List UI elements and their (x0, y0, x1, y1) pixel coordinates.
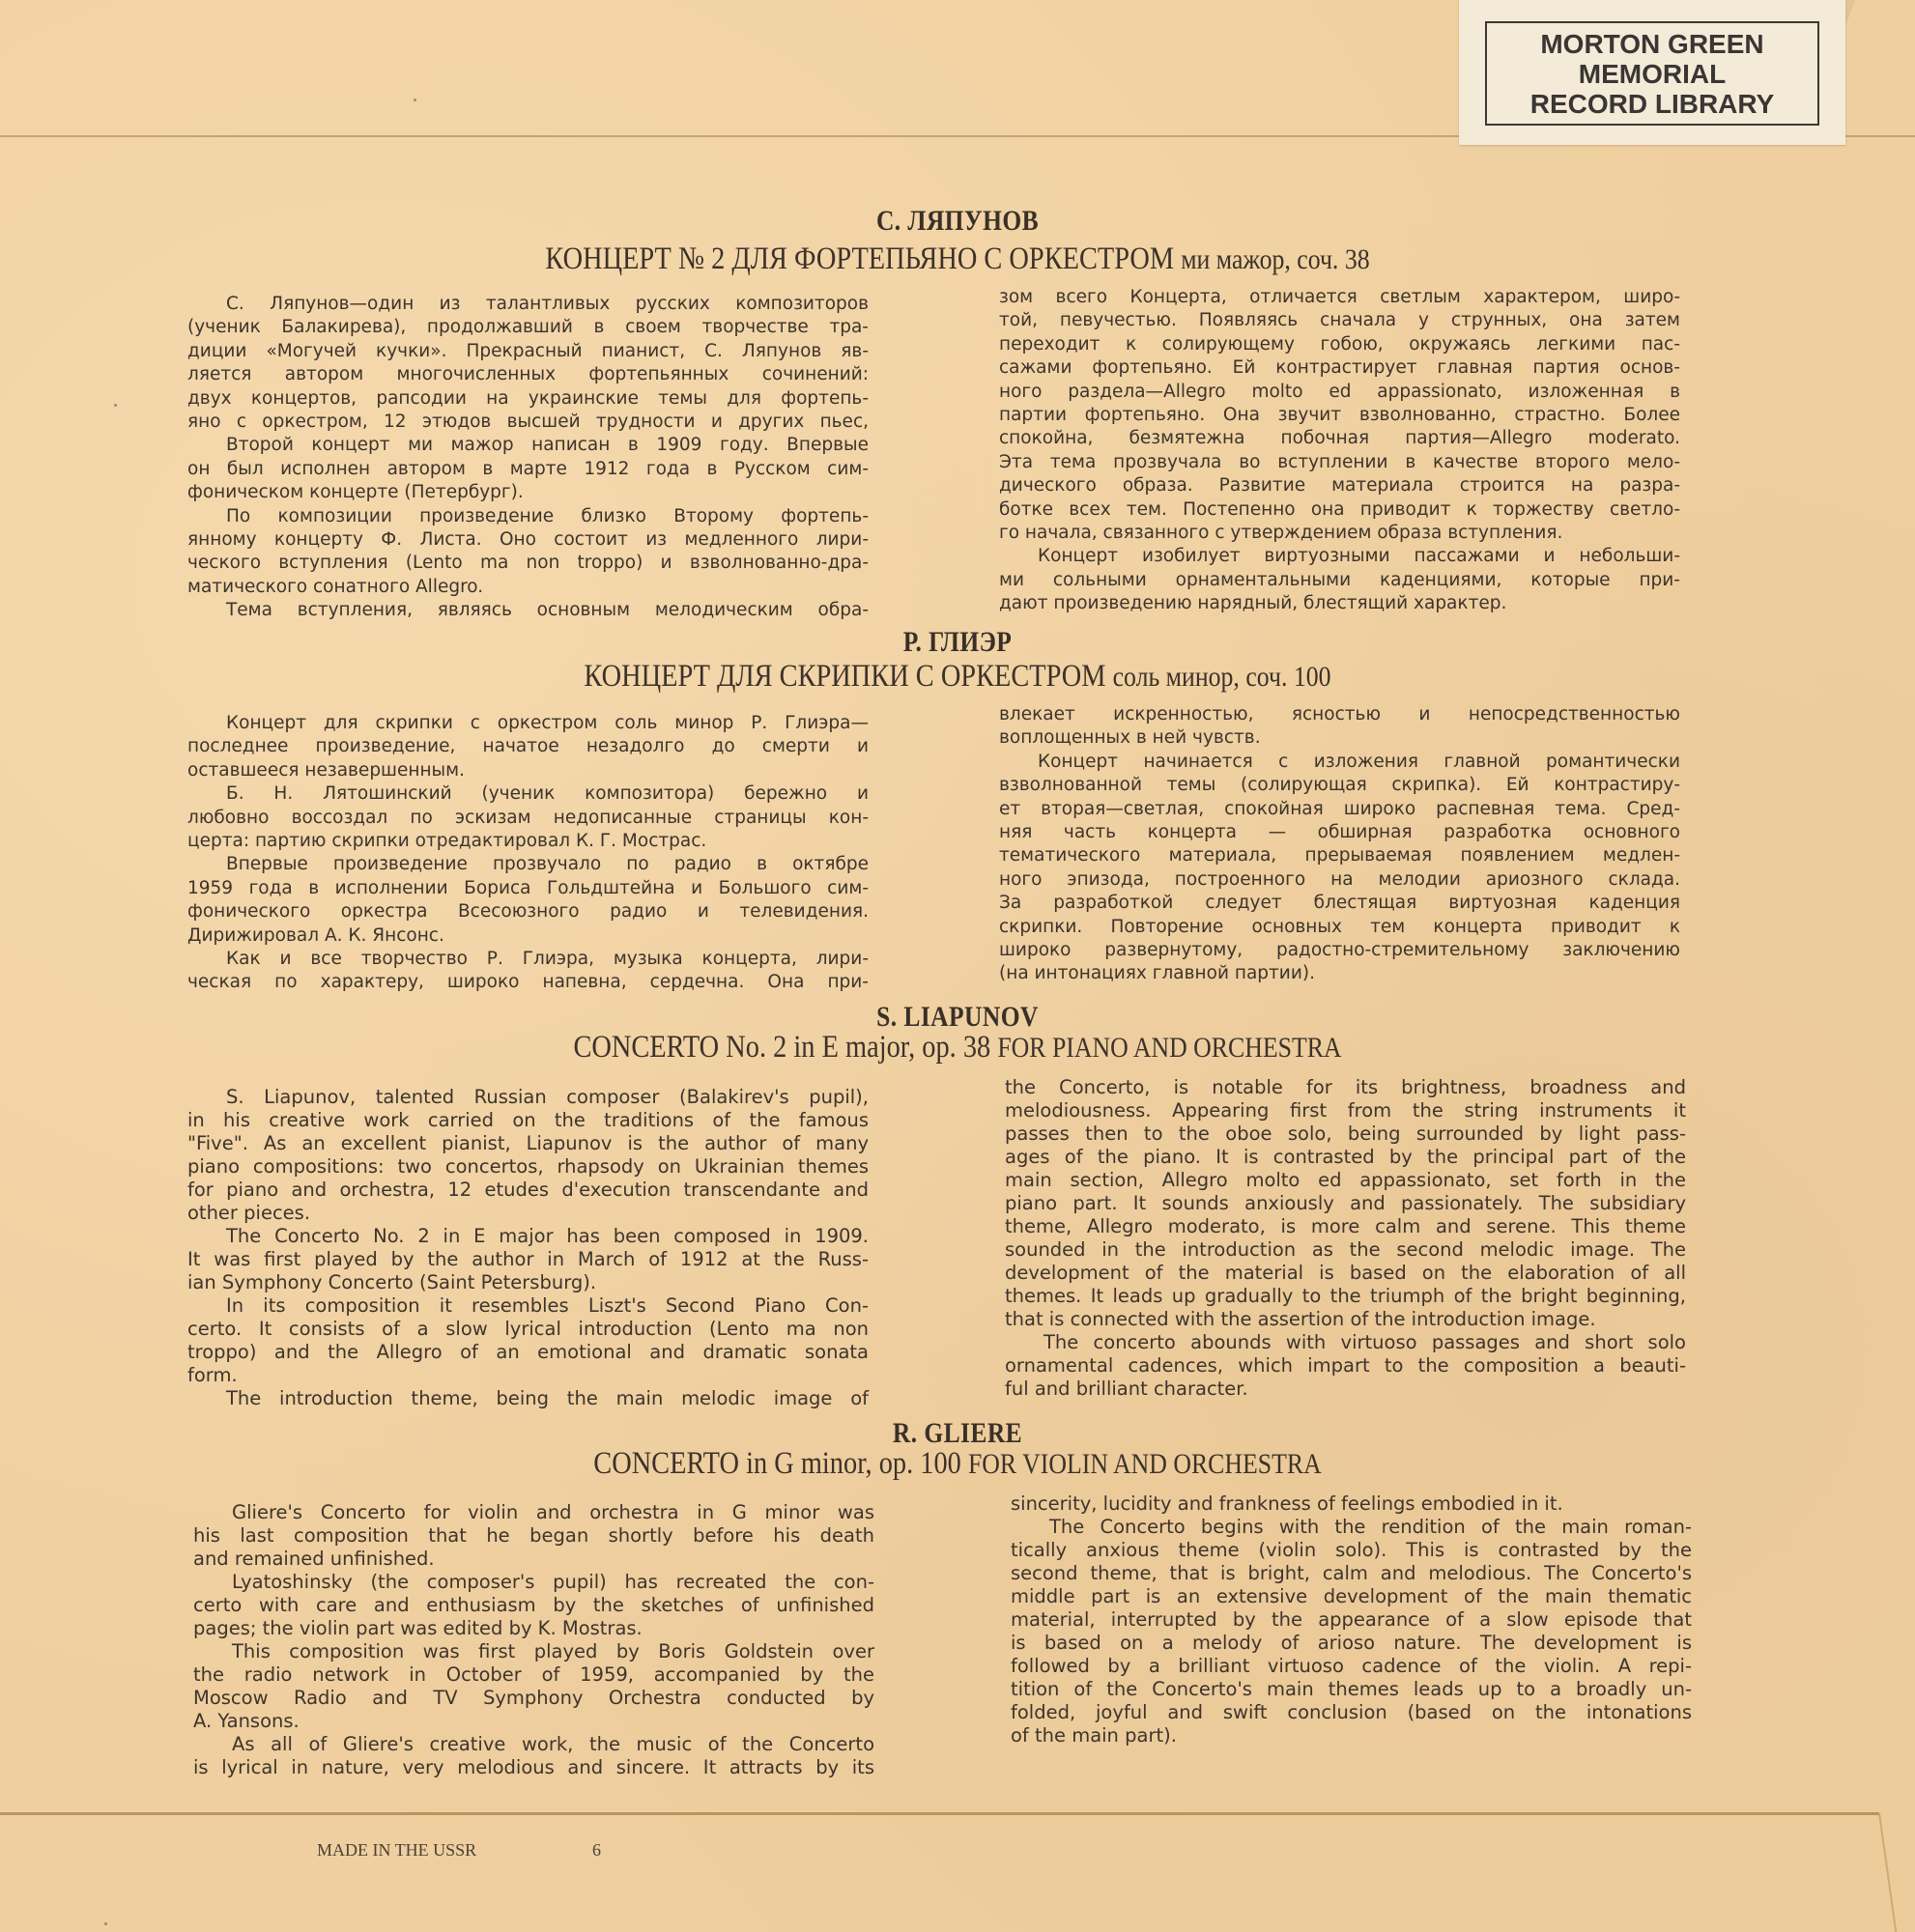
text-column-right: зом всего Концерта, отличается светлым х… (999, 286, 1680, 615)
text-line: "Five". As an excellent pianist, Liapuno… (187, 1132, 869, 1155)
text-line: sounded in the introduction as the secon… (1005, 1238, 1686, 1262)
text-line: Второй концерт ми мажор написан в 1909 г… (187, 434, 869, 457)
text-line: material, interrupted by the appearance … (1011, 1608, 1692, 1632)
text-line: that is connected with the assertion of … (1005, 1308, 1686, 1331)
text-line: последнее произведение, начатое незадолг… (187, 735, 869, 758)
text-line: ages of the piano. It is contrasted by t… (1005, 1146, 1686, 1169)
text-line: С. Ляпунов—один из талантливых русских к… (187, 293, 869, 316)
text-line: оставшееся незавершенным. (187, 759, 869, 782)
text-line: folded, joyful and swift conclusion (bas… (1011, 1701, 1692, 1724)
work-title-main: КОНЦЕРТ ДЛЯ СКРИПКИ С ОРКЕСТРОМ (584, 659, 1105, 694)
work-title-sub: ми мажор, соч. 38 (1181, 243, 1369, 275)
text-line: Эта тема прозвучала во вступлении в каче… (999, 451, 1680, 474)
text-line: certo. It consists of a slow lyrical int… (187, 1318, 869, 1341)
composer-heading: S. LIAPUNOV (144, 1001, 1772, 1034)
text-line: ного эпизода, построенного на мелодии ар… (999, 868, 1680, 892)
text-line: янному концерту Ф. Листа. Оно состоит из… (187, 528, 869, 552)
text-line: 1959 года в исполнении Бориса Гольдштейн… (187, 877, 869, 900)
library-stamp-line: RECORD LIBRARY (1530, 89, 1775, 119)
text-line: development of the material is based on … (1005, 1262, 1686, 1285)
text-line: form. (187, 1364, 869, 1387)
text-column-left: С. Ляпунов—один из талантливых русских к… (187, 293, 869, 622)
text-line: Концерт изобилует виртуозными пассажами … (999, 545, 1680, 568)
text-column-left: Gliere's Concerto for violin and orchest… (193, 1501, 874, 1779)
paper-speck (414, 99, 416, 101)
text-line: переходит к солирующему гобою, окружаясь… (999, 333, 1680, 356)
text-line: ляется автором многочисленных фортепьянн… (187, 363, 869, 386)
text-line: piano part. It sounds anxiously and pass… (1005, 1192, 1686, 1215)
text-line: фоническом концерте (Петербург). (187, 481, 869, 504)
text-column-right: sincerity, lucidity and frankness of fee… (1011, 1492, 1692, 1747)
text-line: tition of the Concerto's main themes lea… (1011, 1678, 1692, 1701)
text-line: ческого вступления (Lento ma non troppo)… (187, 552, 869, 575)
text-line: pages; the violin part was edited by K. … (193, 1617, 874, 1640)
work-title-sub: FOR PIANO AND ORCHESTRA (997, 1032, 1341, 1064)
text-line: фонического оркестра Всесоюзного радио и… (187, 900, 869, 923)
text-line: This composition was first played by Bor… (193, 1640, 874, 1663)
text-line: ботке всех тем. Постепенно она приводит … (999, 498, 1680, 522)
text-line: диции «Могучей кучки». Прекрасный пианис… (187, 340, 869, 363)
work-title-sub: FOR VIOLIN AND ORCHESTRA (968, 1448, 1322, 1480)
text-line: го начала, связанного с утверждением обр… (999, 522, 1680, 545)
composer-heading: Р. ГЛИЭР (144, 626, 1772, 659)
text-line: tically anxious theme (violin solo). Thi… (1011, 1539, 1692, 1562)
text-line: It was first played by the author in Mar… (187, 1248, 869, 1271)
text-line: the radio network in October of 1959, ac… (193, 1663, 874, 1687)
text-line: Как и все творчество Р. Глиэра, музыка к… (187, 948, 869, 971)
work-title-sub: соль минор, соч. 100 (1113, 661, 1331, 693)
text-line: S. Liapunov, talented Russian composer (… (187, 1086, 869, 1109)
library-stamp-frame: MORTON GREEN MEMORIAL RECORD LIBRARY (1485, 21, 1819, 126)
text-line: melodiousness. Appearing first from the … (1005, 1099, 1686, 1122)
text-line: of the main part). (1011, 1724, 1692, 1747)
text-line: his last composition that he began short… (193, 1524, 874, 1548)
text-line: As all of Gliere's creative work, the mu… (193, 1733, 874, 1756)
text-line: (на интонациях главной партии). (999, 962, 1680, 985)
text-line: middle part is an extensive development … (1011, 1585, 1692, 1608)
text-line: ми сольными орнаментальными каденциями, … (999, 569, 1680, 592)
text-line: second theme, that is bright, calm and m… (1011, 1562, 1692, 1585)
text-line: themes. It leads up gradually to the tri… (1005, 1285, 1686, 1308)
text-line: Дирижировал А. К. Янсонс. (187, 924, 869, 948)
text-line: (ученик Балакирева), продолжавший в свое… (187, 316, 869, 339)
text-line: piano compositions: two concertos, rhaps… (187, 1155, 869, 1179)
text-line: The introduction theme, being the main m… (187, 1387, 869, 1410)
text-line: the Concerto, is notable for its brightn… (1005, 1076, 1686, 1099)
text-line: Концерт для скрипки с оркестром соль мин… (187, 712, 869, 735)
text-line: широко развернутому, радостно-стремитель… (999, 939, 1680, 962)
text-line: спокойна, безмятежна побочная партия—All… (999, 427, 1680, 450)
library-stamp-line: MEMORIAL (1579, 59, 1726, 89)
text-line: Тема вступления, являясь основным мелоди… (187, 599, 869, 622)
text-line: зом всего Концерта, отличается светлым х… (999, 286, 1680, 309)
text-line: main section, Allegro molto ed appassion… (1005, 1169, 1686, 1192)
text-line: ного раздела—Allegro molto ed appassiona… (999, 381, 1680, 404)
bottom-flap-edge (1878, 1813, 1897, 1932)
text-line: яно с оркестром, 12 этюдов высшей трудно… (187, 411, 869, 434)
work-title-main: CONCERTO No. 2 in E major, op. 38 (573, 1030, 990, 1065)
text-line: церта: партию скрипки отредактировал К. … (187, 830, 869, 853)
text-line: взволнованной темы (солирующая скрипка).… (999, 774, 1680, 797)
text-line: дического образа. Развитие материала стр… (999, 474, 1680, 497)
text-column-left: Концерт для скрипки с оркестром соль мин… (187, 712, 869, 995)
bottom-fold-line (0, 1812, 1879, 1815)
work-title-main: CONCERTO in G minor, op. 100 (593, 1446, 961, 1481)
work-title: CONCERTO in G minor, op. 100 FOR VIOLIN … (134, 1446, 1782, 1482)
made-in-ussr-label: MADE IN THE USSR (317, 1840, 476, 1861)
text-line: Б. Н. Лятошинский (ученик композитора) б… (187, 782, 869, 806)
composer-heading: С. ЛЯПУНОВ (144, 205, 1772, 238)
text-line: passes then to the oboe solo, being surr… (1005, 1122, 1686, 1146)
work-title-main: КОНЦЕРТ № 2 ДЛЯ ФОРТЕПЬЯНО С ОРКЕСТРОМ (545, 241, 1174, 276)
text-line: По композиции произведение близко Втором… (187, 505, 869, 528)
text-line: troppo) and the Allegro of an emotional … (187, 1341, 869, 1364)
text-line: матического сонатного Allegro. (187, 576, 869, 599)
text-line: сажами фортепьяно. Ей контрастирует глав… (999, 356, 1680, 380)
text-line: theme, Allegro moderato, is more calm an… (1005, 1215, 1686, 1238)
text-line: Впервые произведение прозвучало по радио… (187, 853, 869, 876)
text-column-right: the Concerto, is notable for its brightn… (1005, 1076, 1686, 1401)
text-line: скрипки. Повторение основных тем концерт… (999, 916, 1680, 939)
text-line: is based on a melody of arioso nature. T… (1011, 1632, 1692, 1655)
paper-speck (104, 1922, 107, 1925)
text-line: In its composition it resembles Liszt's … (187, 1294, 869, 1318)
page-number: 6 (592, 1840, 601, 1861)
text-line: За разработкой следует блестящая виртуоз… (999, 892, 1680, 915)
text-line: The Concerto No. 2 in E major has been c… (187, 1225, 869, 1248)
text-line: for piano and orchestra, 12 etudes d'exe… (187, 1179, 869, 1202)
text-line: Lyatoshinsky (the composer's pupil) has … (193, 1571, 874, 1594)
text-column-right: влекает искренностью, ясностью и непосре… (999, 703, 1680, 986)
work-title: CONCERTO No. 2 in E major, op. 38 FOR PI… (134, 1030, 1782, 1065)
text-line: тематического материала, прерываемая поя… (999, 844, 1680, 867)
text-line: certo with care and enthusiasm by the sk… (193, 1594, 874, 1617)
text-column-left: S. Liapunov, talented Russian composer (… (187, 1086, 869, 1410)
text-line: other pieces. (187, 1202, 869, 1225)
text-line: Moscow Radio and TV Symphony Orchestra c… (193, 1687, 874, 1710)
text-line: ian Symphony Concerto (Saint Petersburg)… (187, 1271, 869, 1294)
text-line: Концерт начинается с изложения главной р… (999, 751, 1680, 774)
text-line: and remained unfinished. (193, 1548, 874, 1571)
text-line: Gliere's Concerto for violin and orchest… (193, 1501, 874, 1524)
text-line: любовно воссоздал по эскизам недописанны… (187, 807, 869, 830)
text-line: он был исполнен автором в марте 1912 год… (187, 458, 869, 481)
text-line: is lyrical in nature, very melodious and… (193, 1756, 874, 1779)
text-line: дают произведению нарядный, блестящий ха… (999, 592, 1680, 615)
work-title: КОНЦЕРТ № 2 ДЛЯ ФОРТЕПЬЯНО С ОРКЕСТРОМ м… (134, 241, 1782, 277)
text-line: sincerity, lucidity and frankness of fee… (1011, 1492, 1692, 1516)
text-line: няя часть концерта — обширная разработка… (999, 821, 1680, 844)
text-line: влекает искренностью, ясностью и непосре… (999, 703, 1680, 726)
text-line: A. Yansons. (193, 1710, 874, 1733)
text-line: партии фортепьяно. Она звучит взволнован… (999, 404, 1680, 427)
text-line: followed by a brilliant virtuoso cadence… (1011, 1655, 1692, 1678)
work-title: КОНЦЕРТ ДЛЯ СКРИПКИ С ОРКЕСТРОМ соль мин… (134, 659, 1782, 695)
library-stamp: MORTON GREEN MEMORIAL RECORD LIBRARY (1459, 0, 1845, 145)
text-line: двух концертов, рапсодии на украинские т… (187, 387, 869, 411)
text-line: ornamental cadences, which impart to the… (1005, 1354, 1686, 1378)
text-line: ет вторая—светлая, спокойная широко расп… (999, 798, 1680, 821)
library-stamp-line: MORTON GREEN (1540, 29, 1763, 59)
text-line: The concerto abounds with virtuoso passa… (1005, 1331, 1686, 1354)
paper-speck (114, 404, 117, 407)
text-line: The Concerto begins with the rendition o… (1011, 1516, 1692, 1539)
composer-heading: R. GLIERE (144, 1417, 1772, 1450)
text-line: ческая по характеру, широко напевна, сер… (187, 971, 869, 994)
text-line: той, певучестью. Появляясь сначала у стр… (999, 309, 1680, 332)
text-line: воплощенных в ней чувств. (999, 726, 1680, 750)
text-line: in his creative work carried on the trad… (187, 1109, 869, 1132)
text-line: ful and brilliant character. (1005, 1378, 1686, 1401)
